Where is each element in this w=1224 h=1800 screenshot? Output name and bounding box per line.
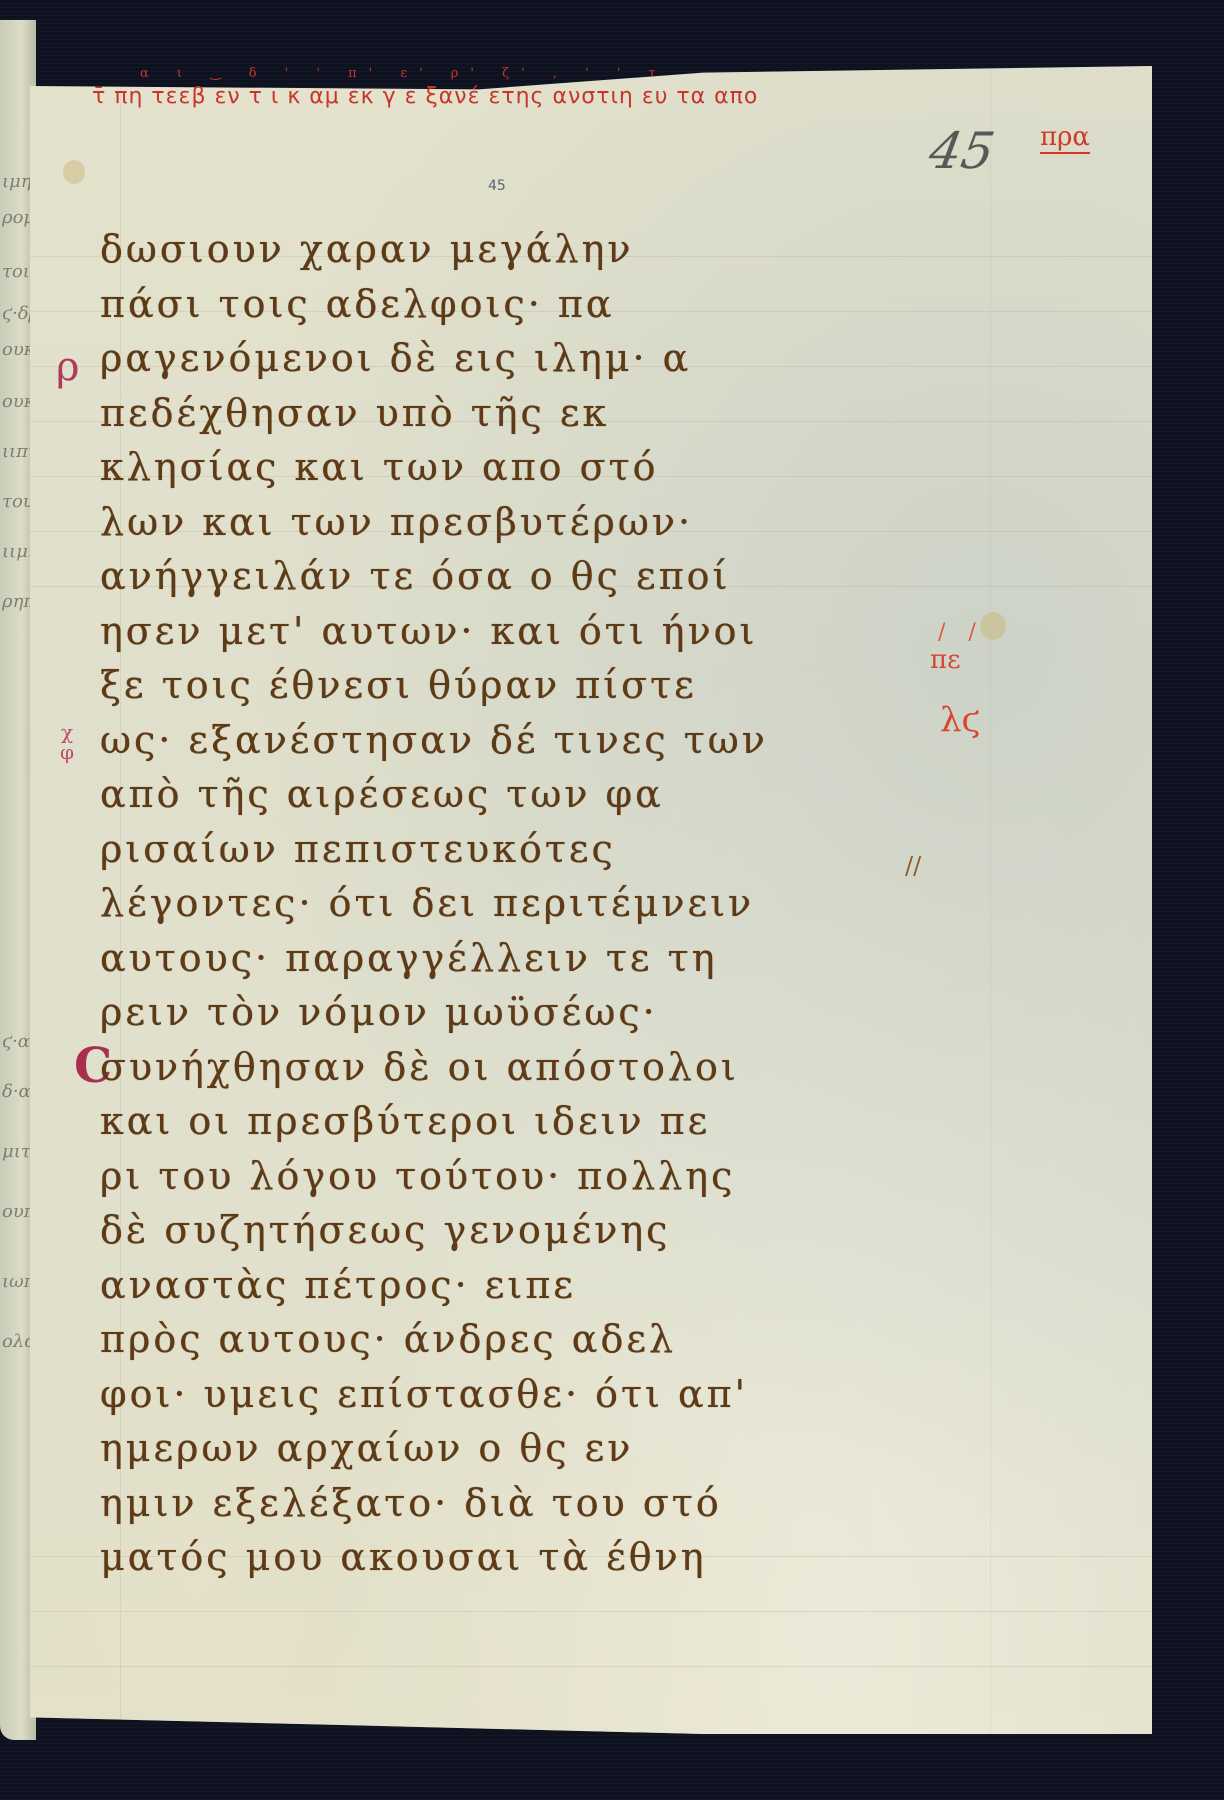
text-line: απὸ τῆς αιρέσεως των φα xyxy=(100,767,960,822)
text-line: συνήχθησαν δὲ οι απόστολοι xyxy=(100,1040,960,1095)
text-line: ραγενόμενοι δὲ εις ιλημ· α xyxy=(100,331,960,386)
stain xyxy=(980,612,1006,640)
text-line: δὲ συζητήσεως γενομένης xyxy=(100,1203,960,1258)
text-line: λέγοντες· ότι δει περιτέμνειν xyxy=(100,876,960,931)
text-line: ρειν τὸν νόμον μωϋσέως· xyxy=(100,985,960,1040)
stain xyxy=(63,160,85,184)
text-line: ημιν εξελέξατο· διὰ του στό xyxy=(100,1476,960,1531)
marginal-rho: ρ xyxy=(56,344,80,390)
text-line: κλησίας και των απο στό xyxy=(100,440,960,495)
text-line: ως· εξανέστησαν δέ τινες των xyxy=(100,713,960,768)
text-line: αναστὰς πέτρος· ειπε xyxy=(100,1258,960,1313)
folio-number: 45 xyxy=(925,122,999,180)
text-line: πρὸς αυτους· άνδρες αδελ xyxy=(100,1312,960,1367)
pencil-note: 45 xyxy=(488,178,506,194)
text-line: ρισαίων πεπιστευκότες xyxy=(100,822,960,877)
main-text-column: δωσιουν χαραν μεγάλην πάσι τοις αδελφοις… xyxy=(100,222,960,1585)
text-line: ημερων αρχαίων ο θς εν xyxy=(100,1421,960,1476)
folio-book-abbreviation: πρα xyxy=(1040,122,1090,154)
header-rubric-accents: α ι ‿ δ ' ' π' ε' ρ' ζ' , ' ' τ xyxy=(140,66,668,81)
text-line: αυτους· παραγγέλλειν τε τη xyxy=(100,931,960,986)
text-line: και οι πρεσβύτεροι ιδειν πε xyxy=(100,1094,960,1149)
marginal-chi-phi: χ φ xyxy=(60,722,74,762)
text-line: φοι· υμεις επίστασθε· ότι απ' xyxy=(100,1367,960,1422)
header-rubric: τ̄ πη τεεβ εν τ ι κ αμ εκ γ ε ξανέ ετης … xyxy=(92,84,758,109)
marginal-chi: χ xyxy=(60,722,74,742)
text-line: λων και των πρεσβυτέρων· xyxy=(100,495,960,550)
marginal-phi: φ xyxy=(60,742,74,762)
text-line: ησεν μετ' αυτων· και ότι ήνοι xyxy=(100,604,960,659)
text-line: πεδέχθησαν υπὸ τῆς εκ xyxy=(100,386,960,441)
text-line: πάσι τοις αδελφοις· πα xyxy=(100,277,960,332)
text-line: ξε τοις έθνεσι θύραν πίστε xyxy=(100,658,960,713)
text-line: ματός μου ακουσαι τὰ έθνη xyxy=(100,1530,960,1585)
text-line: ρι του λόγου τούτου· πολλης xyxy=(100,1149,960,1204)
text-line: δωσιουν χαραν μεγάλην xyxy=(100,222,960,277)
text-line: ανήγγειλάν τε όσα ο θς εποί xyxy=(100,549,960,604)
